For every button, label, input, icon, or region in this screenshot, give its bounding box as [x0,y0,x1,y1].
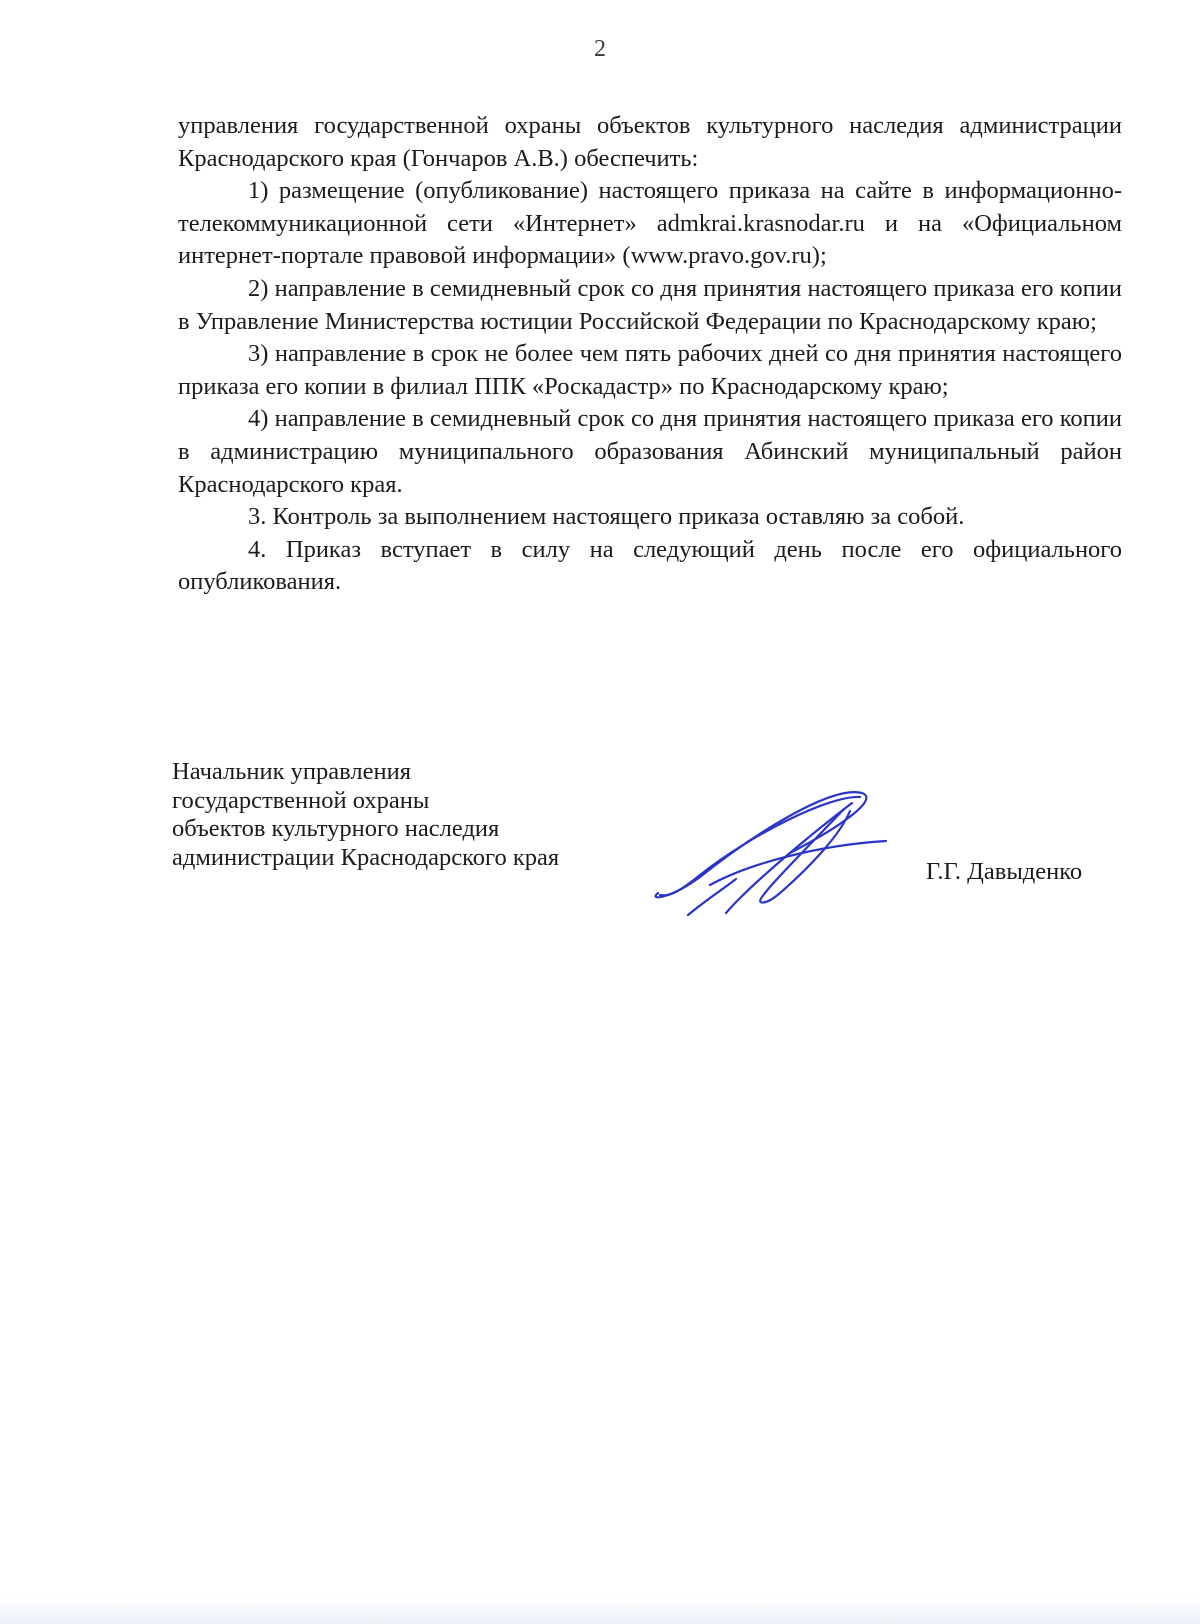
paragraph-item-2: 2) направление в семидневный срок со дня… [178,273,1122,338]
paragraph-item-1: 1) размещение (опубликование) настоящего… [178,175,1122,273]
scan-edge-artifact [0,1596,1200,1624]
signer-title: Начальник управления государственной охр… [172,758,559,872]
signer-title-line: Начальник управления [172,758,559,787]
signer-title-line: государственной охраны [172,787,559,816]
page-number: 2 [0,36,1200,63]
signer-title-line: объектов культурного наследия [172,815,559,844]
paragraph-item-4: 4) направление в семидневный срок со дня… [178,403,1122,501]
paragraph-item-3: 3) направление в срок не более чем пять … [178,338,1122,403]
handwritten-signature-icon [640,775,890,925]
paragraph-clause-4: 4. Приказ вступает в силу на следующий д… [178,534,1122,599]
document-body: управления государственной охраны объект… [178,110,1122,599]
paragraph-intro: управления государственной охраны объект… [178,110,1122,175]
signer-name: Г.Г. Давыденко [926,858,1082,886]
signer-title-line: администрации Краснодарского края [172,844,559,873]
paragraph-clause-3: 3. Контроль за выполнением настоящего пр… [178,501,1122,534]
